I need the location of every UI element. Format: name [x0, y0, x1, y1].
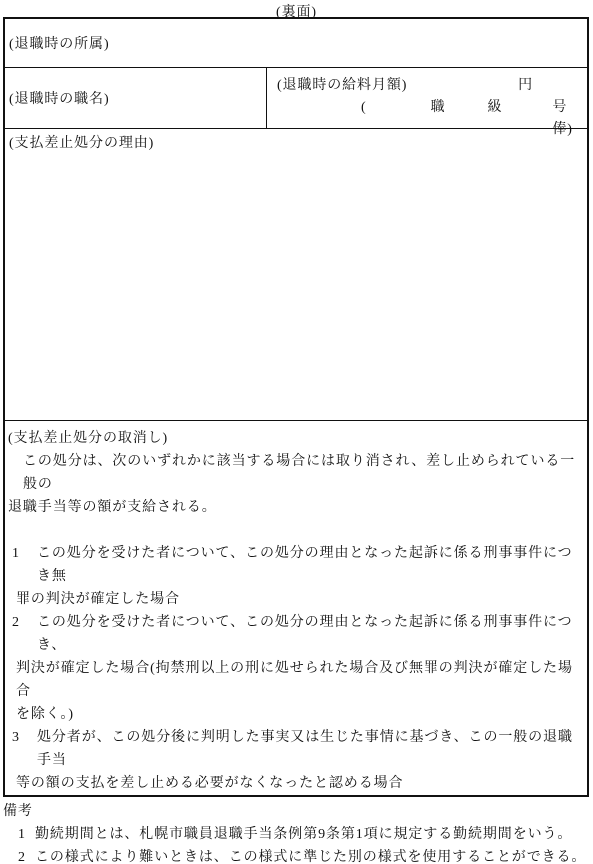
job-title-label: (退職時の職名) — [9, 88, 110, 108]
form-table: (退職時の所属) (退職時の職名) (退職時の給料月額) 円 ( 職 級 号俸) — [3, 17, 589, 797]
remark-2-text: この様式により難いときは、この様式に準じた別の様式を使用することができる。 — [35, 846, 586, 864]
item-3-line2: 等の額の支払を差し止める必要がなくなったと認める場合 — [8, 772, 584, 795]
cancellation-label: (支払差止処分の取消し) — [8, 427, 584, 450]
remarks-section: 備考 1 勤続期間とは、札幌市職員退職手当条例第9条第1項に規定する勤続期間をい… — [3, 800, 589, 864]
remark-1-text: 勤続期間とは、札幌市職員退職手当条例第9条第1項に規定する勤続期間をいう。 — [35, 823, 572, 846]
remarks-label: 備考 — [3, 800, 589, 823]
job-title-cell: (退職時の職名) — [5, 68, 267, 128]
cancellation-intro-line2: 退職手当等の額が支給される。 — [8, 496, 584, 519]
item-2-line2: 判決が確定した場合(拘禁刑以上の刑に処せられた場合及び無罪の判決が確定した場合 — [8, 657, 584, 703]
cancellation-item-2: 2 この処分を受けた者について、この処分の理由となった起訴に係る刑事事件につき、… — [8, 611, 584, 726]
item-2-line1: この処分を受けた者について、この処分の理由となった起訴に係る刑事事件につき、 — [37, 611, 584, 657]
salary-unit-label: 円 — [518, 75, 533, 97]
suspension-reason-label: (支払差止処分の理由) — [9, 136, 154, 151]
remark-1-number: 1 — [3, 823, 35, 846]
salary-cell: (退職時の給料月額) 円 ( 職 級 号俸) — [267, 68, 587, 128]
affiliation-label: (退職時の所属) — [9, 33, 110, 53]
document-page: (裏面) (退職時の所属) (退職時の職名) (退職時の給料月額) 円 ( 職 … — [0, 0, 593, 864]
remark-2-number: 2 — [3, 846, 35, 864]
cancellation-item-3: 3 処分者が、この処分後に判明した事実又は生じた事情に基づき、この一般の退職手当… — [8, 726, 584, 795]
affiliation-cell: (退職時の所属) — [5, 19, 587, 68]
item-2-line3: を除く。) — [8, 703, 584, 726]
suspension-reason-cell: (支払差止処分の理由) — [5, 129, 587, 421]
cancellation-intro-line1: この処分は、次のいずれかに該当する場合には取り消され、差し止められている一般の — [8, 450, 584, 496]
salary-amount-line: (退職時の給料月額) 円 — [277, 75, 587, 97]
item-1-number: 1 — [8, 542, 37, 588]
job-salary-row: (退職時の職名) (退職時の給料月額) 円 ( 職 級 号俸) — [5, 68, 587, 129]
item-3-line1: 処分者が、この処分後に判明した事実又は生じた事情に基づき、この一般の退職手当 — [37, 726, 584, 772]
item-3-number: 3 — [8, 726, 37, 772]
item-1-line1: この処分を受けた者について、この処分の理由となった起訴に係る刑事事件につき無 — [37, 542, 584, 588]
item-2-number: 2 — [8, 611, 37, 657]
remark-item-2: 2 この様式により難いときは、この様式に準じた別の様式を使用することができる。 — [3, 846, 589, 864]
remark-item-1: 1 勤続期間とは、札幌市職員退職手当条例第9条第1項に規定する勤続期間をいう。 — [3, 823, 589, 846]
cancellation-item-1: 1 この処分を受けた者について、この処分の理由となった起訴に係る刑事事件につき無… — [8, 542, 584, 611]
spacer — [8, 519, 584, 542]
salary-label: (退職時の給料月額) — [277, 75, 407, 97]
item-1-line2: 罪の判決が確定した場合 — [8, 588, 584, 611]
cancellation-cell: (支払差止処分の取消し) この処分は、次のいずれかに該当する場合には取り消され、… — [5, 421, 587, 795]
